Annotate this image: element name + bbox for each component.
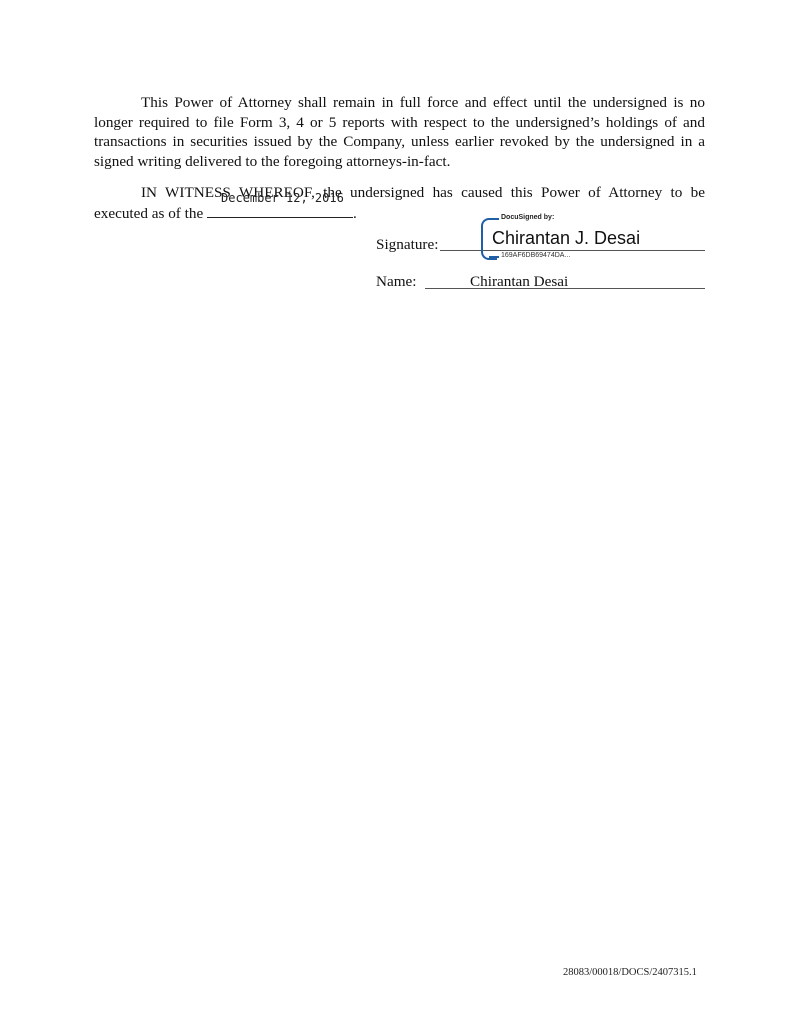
docusign-signer-name: Chirantan J. Desai — [492, 228, 640, 249]
witness-text: IN WITNESS WHEREOF, the undersigned has … — [94, 184, 705, 222]
signature-label: Signature: — [376, 236, 438, 254]
paragraph-duration: This Power of Attorney shall remain in f… — [94, 93, 705, 171]
name-label: Name: — [376, 273, 416, 291]
docusign-envelope-hash: 169AF6DB69474DA... — [501, 252, 570, 259]
paragraph-duration-text: This Power of Attorney shall remain in f… — [94, 94, 705, 170]
docusign-bottom-rule — [489, 256, 499, 258]
signature-line — [440, 250, 705, 251]
name-value: Chirantan Desai — [470, 273, 568, 291]
date-blank[interactable]: December 12, 2016 — [207, 203, 353, 218]
docusign-top-rule — [489, 218, 499, 220]
docusign-header: DocuSigned by: — [501, 214, 554, 221]
witness-period: . — [353, 205, 357, 222]
footer-doc-id: 28083/00018/DOCS/2407315.1 — [563, 967, 697, 978]
execution-date: December 12, 2016 — [221, 189, 344, 209]
paragraph-witness: IN WITNESS WHEREOF, the undersigned has … — [94, 183, 705, 223]
